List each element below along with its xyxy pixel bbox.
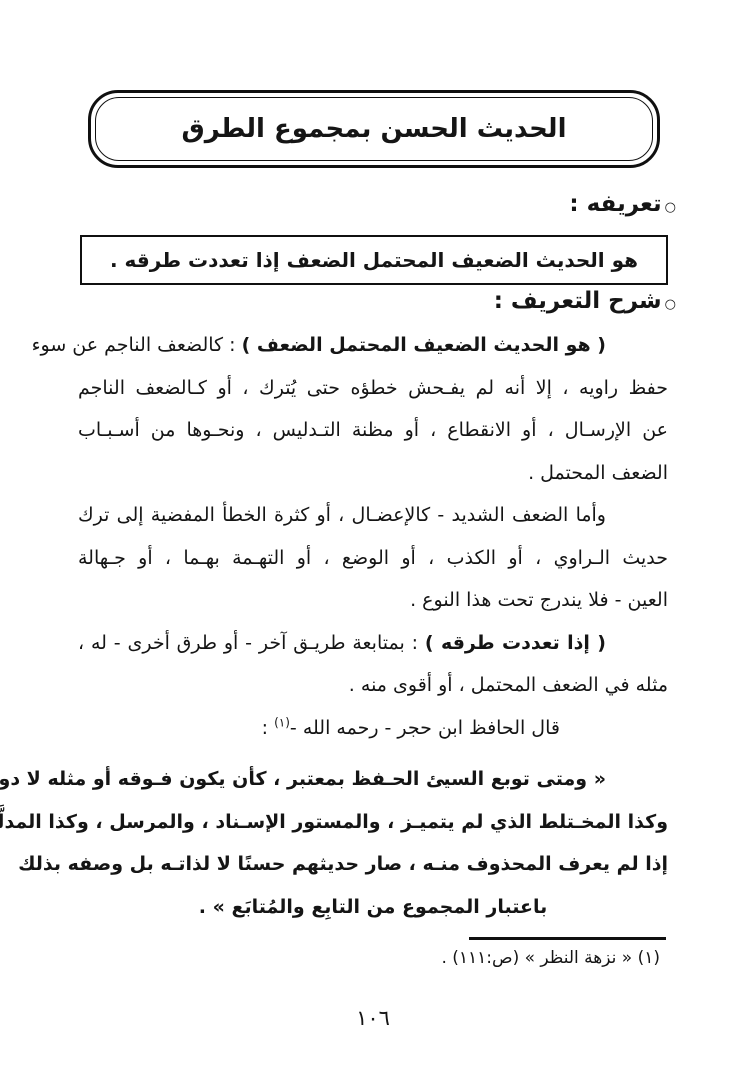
text-line: مثله في الضعف المحتمل ، أو أقوى منه . <box>78 664 668 707</box>
text-line: « ومتى توبع السيئ الحـفظ بمعتبر ، كأن يك… <box>78 758 668 801</box>
line-text: : <box>262 717 274 739</box>
quote-paragraph: « ومتى توبع السيئ الحـفظ بمعتبر ، كأن يك… <box>78 758 668 928</box>
definition-text: هو الحديث الضعيف المحتمل الضعف إذا تعددت… <box>110 248 638 272</box>
bold-lead: ( هو الحديث الضعيف المحتمل الضعف ) <box>242 334 606 356</box>
text-line: العين - فلا يندرج تحت هذا النوع . <box>78 579 668 622</box>
text-line: ( هو الحديث الضعيف المحتمل الضعف ) : كال… <box>78 324 668 367</box>
circle-bullet-icon: ○ <box>665 298 676 311</box>
book-page: الحديث الحسن بمجموع الطرق ○ تعريفه : هو … <box>0 0 746 1086</box>
footnote-separator <box>469 937 666 940</box>
text-line: ( إذا تعددت طرقه ) : بمتابعة طريـق آخر -… <box>78 622 668 665</box>
page-title: الحديث الحسن بمجموع الطرق <box>182 114 567 144</box>
text-line: حفظ راويه ، إلا أنه لم يفـحش خطؤه حتى يُ… <box>78 367 668 410</box>
title-banner-inner: الحديث الحسن بمجموع الطرق <box>95 97 653 161</box>
text-line: وأما الضعف الشديد - كالإعضـال ، أو كثرة … <box>78 494 668 537</box>
bold-lead: ( إذا تعددت طرقه ) <box>425 632 606 654</box>
footnote-ref: (١) <box>274 715 290 729</box>
page-number: ١٠٦ <box>0 1006 746 1030</box>
line-text: : بمتابعة طريـق آخر - أو طرق أخرى - له ، <box>78 632 425 654</box>
line-text: قال الحافظ ابن حجر - رحمه الله - <box>290 717 560 739</box>
text-line: باعتبار المجموع من التابِع والمُتابَع » … <box>78 886 668 929</box>
text-line: الضعف المحتمل . <box>78 452 668 495</box>
definition-box: هو الحديث الضعيف المحتمل الضعف إذا تعددت… <box>80 235 668 285</box>
body-text: ( هو الحديث الضعيف المحتمل الضعف ) : كال… <box>78 324 668 928</box>
text-line: إذا لم يعرف المحذوف منـه ، صار حديثهم حس… <box>78 843 668 886</box>
title-banner: الحديث الحسن بمجموع الطرق <box>88 90 660 168</box>
text-line: حديث الـراوي ، أو الكذب ، أو الوضع ، أو … <box>78 537 668 580</box>
footnote: (١) « نزهة النظر » (ص:١١١) . <box>441 948 660 968</box>
line-text: : كالضعف الناجم عن سوء <box>32 334 242 356</box>
explanation-heading: ○ شرح التعريف : <box>494 288 676 314</box>
text-line: وكذا المخـتلط الذي لم يتميـز ، والمستور … <box>78 801 668 844</box>
circle-bullet-icon: ○ <box>665 201 676 214</box>
explanation-heading-label: شرح التعريف : <box>494 288 662 314</box>
attribution-line: قال الحافظ ابن حجر - رحمه الله -(١) : <box>78 707 668 750</box>
definition-heading-label: تعريفه : <box>569 191 661 217</box>
text-line: عن الإرسـال ، أو الانقطاع ، أو مظنة التـ… <box>78 409 668 452</box>
definition-heading: ○ تعريفه : <box>569 191 676 217</box>
